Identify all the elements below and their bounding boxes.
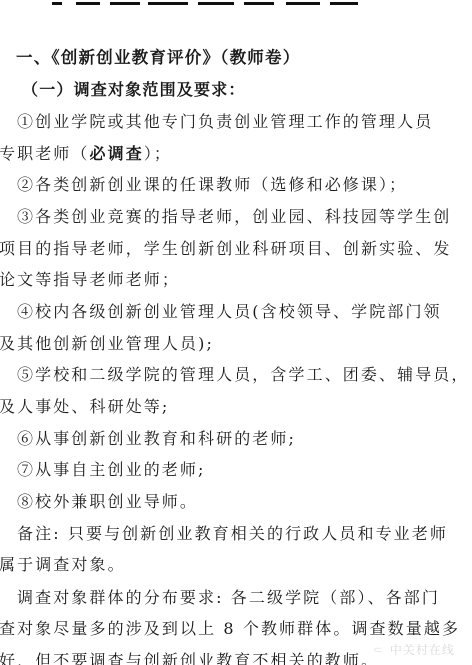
list-item-5-continuation: 及人事处、科研处等; <box>0 397 169 417</box>
distribution-continuation-1: 查对象尽量多的涉及到以上 8 个教师群体。调查数量越多 <box>0 619 460 639</box>
item-1-cont-prefix: 专职老师（ <box>0 144 90 163</box>
list-item-6: ⑥从事创新创业教育和科研的老师; <box>17 429 296 449</box>
list-item-4-continuation: 及其他创新创业管理人员); <box>0 334 214 354</box>
note-continuation: 属于调查对象。 <box>0 555 126 575</box>
note-line: 备注: 只要与创新创业教育相关的行政人员和专业老师 <box>17 524 448 544</box>
clipped-document-title <box>0 0 472 9</box>
title-stroke-fragments <box>52 0 358 9</box>
list-item-5: ⑤学校和二级学院的管理人员，含学工、团委、辅导员， <box>17 365 470 385</box>
list-item-3-continuation-1: 项目的指导老师，学生创新创业科研项目、创新实验、发 <box>0 239 452 259</box>
document-page: 一、《创新创业教育评价》（教师卷） （一）调查对象范围及要求： ①创业学院或其他… <box>0 0 472 665</box>
list-item-2: ②各类创新创业课的任课教师（选修和必修课）； <box>17 175 407 195</box>
list-item-3: ③各类创业竞赛的指导老师，创业园、科技园等学生创 <box>17 207 451 227</box>
subsection-heading: （一）调查对象范围及要求： <box>22 80 246 100</box>
list-item-8: ⑧校外兼职创业导师。 <box>17 492 198 512</box>
section-heading: 一、《创新创业教育评价》（教师卷） <box>16 48 300 68</box>
watermark-logo-icon: ⸦ <box>372 643 385 657</box>
list-item-1: ①创业学院或其他专门负责创业管理工作的管理人员 <box>17 112 433 132</box>
list-item-3-continuation-2: 论文等指导老师老师； <box>0 270 180 290</box>
list-item-1-continuation: 专职老师（必调查）； <box>0 144 172 164</box>
distribution-continuation-2: 好，但不要调查与创新创业教育不相关的教师。 <box>0 651 379 665</box>
watermark: ⸦ 中关村在线 <box>372 641 455 658</box>
list-item-7: ⑦从事自主创业的老师; <box>17 460 206 480</box>
item-1-cont-suffix: ）； <box>144 144 172 163</box>
must-survey-emphasis: 必调查 <box>90 144 144 163</box>
distribution-requirement: 调查对象群体的分布要求: 各二级学院（部）、各部门 <box>17 588 440 608</box>
list-item-4: ④校内各级创新创业管理人员(含校领导、学院部门领 <box>17 302 442 322</box>
watermark-text: 中关村在线 <box>390 643 455 657</box>
